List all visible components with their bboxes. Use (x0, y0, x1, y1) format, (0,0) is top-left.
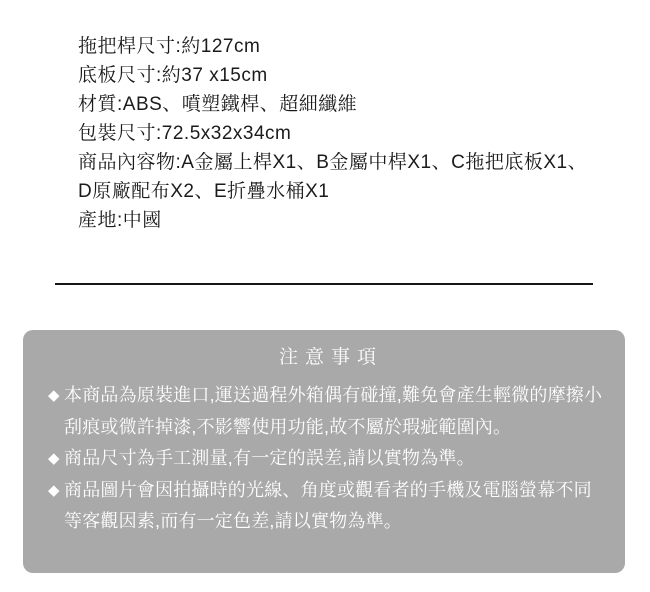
notice-box: 注意事項 ◆ 本商品為原裝進口,運送過程外箱偶有碰撞,難免會產生輕微的摩擦小刮痕… (23, 330, 625, 573)
notice-item-color-difference: ◆ 商品圖片會因拍攝時的光線、角度或觀看者的手機及電腦螢幕不同等客觀因素,而有一… (48, 475, 607, 538)
spec-line-contents: 商品內容物:A金屬上桿X1、B金屬中桿X1、C拖把底板X1、D原廠配布X2、E折… (78, 148, 600, 206)
spec-line-origin: 產地:中國 (78, 206, 600, 235)
notice-title: 注意事項 (48, 346, 607, 370)
spec-line-base-size: 底板尺寸:約37 x15cm (78, 61, 600, 90)
diamond-bullet-icon: ◆ (48, 380, 64, 412)
notice-item-shipping: ◆ 本商品為原裝進口,運送過程外箱偶有碰撞,難免會產生輕微的摩擦小刮痕或微許掉漆… (48, 380, 607, 443)
diamond-bullet-icon: ◆ (48, 443, 64, 475)
diamond-bullet-icon: ◆ (48, 475, 64, 507)
section-divider (55, 283, 593, 285)
product-spec-block: 拖把桿尺寸:約127cm 底板尺寸:約37 x15cm 材質:ABS、噴塑鐵桿、… (78, 32, 600, 235)
spec-line-material: 材質:ABS、噴塑鐵桿、超細纖維 (78, 90, 600, 119)
notice-item-text: 本商品為原裝進口,運送過程外箱偶有碰撞,難免會產生輕微的摩擦小刮痕或微許掉漆,不… (64, 380, 607, 443)
spec-line-package-size: 包裝尺寸:72.5x32x34cm (78, 119, 600, 148)
notice-item-measurement: ◆ 商品尺寸為手工測量,有一定的誤差,請以實物為準。 (48, 443, 607, 475)
notice-item-text: 商品尺寸為手工測量,有一定的誤差,請以實物為準。 (64, 443, 607, 475)
spec-line-pole-size: 拖把桿尺寸:約127cm (78, 32, 600, 61)
product-description-page: 拖把桿尺寸:約127cm 底板尺寸:約37 x15cm 材質:ABS、噴塑鐵桿、… (0, 0, 650, 592)
notice-item-text: 商品圖片會因拍攝時的光線、角度或觀看者的手機及電腦螢幕不同等客觀因素,而有一定色… (64, 475, 607, 538)
